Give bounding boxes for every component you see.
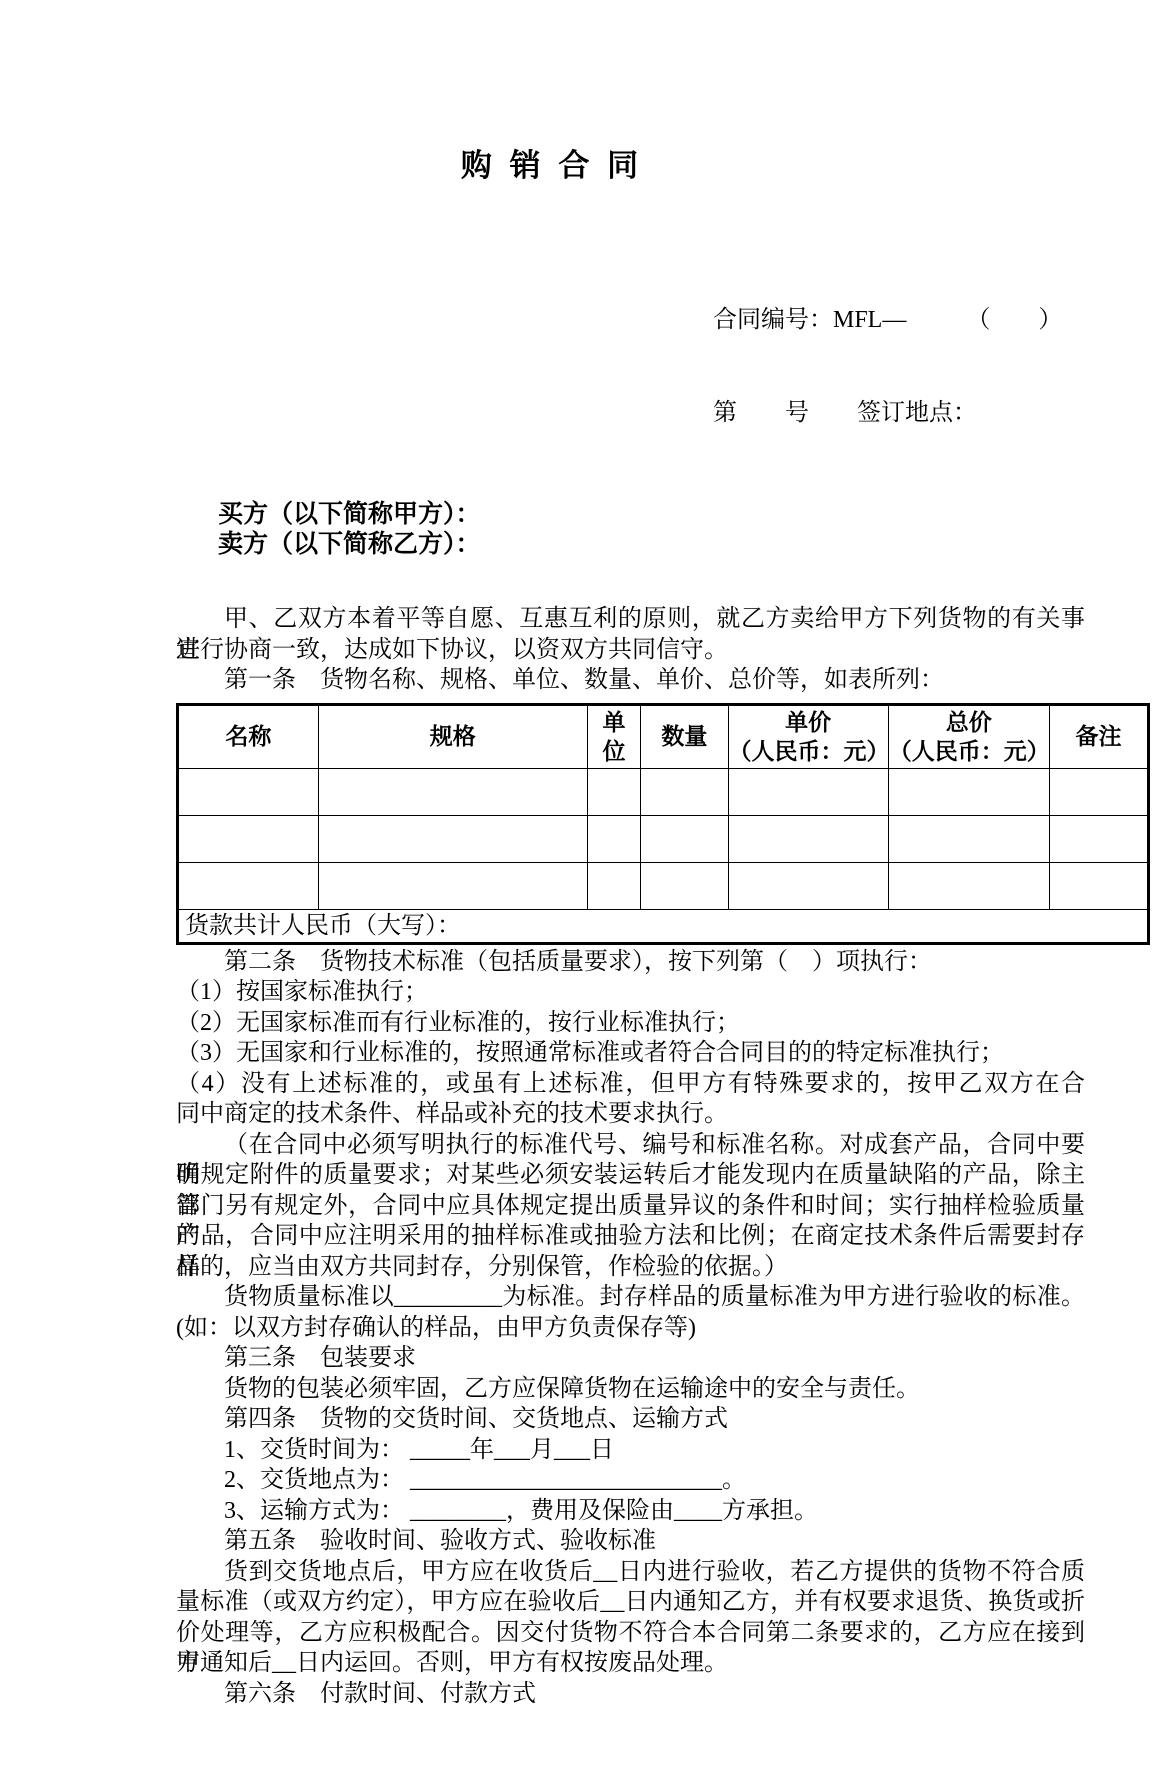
text-line: 第三条 包装要求 (176, 1343, 1085, 1374)
goods-table-empty-cell (1049, 862, 1148, 909)
text-line: 进行协商一致，达成如下协议，以资双方共同信守。 (176, 635, 1085, 666)
text-line: 产品，合同中应注明采用的抽样标准或抽验方法和比例；在商定技术条件后需要封存样 (176, 1221, 1085, 1252)
goods-table-empty-cell (641, 862, 728, 909)
contract-number-line: 合同编号：MFL— （ ） (713, 305, 1167, 336)
text-line: （1）按国家标准执行； (176, 977, 1085, 1008)
text-line: 品的，应当由双方共同封存，分别保管，作检验的依据。） (176, 1252, 1085, 1283)
goods-table-header-cell: 规格 (318, 704, 587, 768)
text-line: 第六条 付款时间、付款方式 (176, 1679, 1085, 1710)
goods-table-empty-cell (178, 862, 319, 909)
contract-page: 购 销 合 同 合同编号：MFL— （ ） 第 号 签订地点： 买方（以下简称甲… (0, 140, 1167, 1791)
text-line: 第五条 验收时间、验收方式、验收标准 (176, 1526, 1085, 1557)
page-title: 购 销 合 同 (0, 140, 1104, 185)
text-line: 方通知后__日内运回。否则，甲方有权按废品处理。 (176, 1648, 1085, 1679)
goods-table-empty-cell (318, 815, 587, 862)
text-line: 货物质量标准以_________为标准。封存样品的质量标准为甲方进行验收的标准。 (176, 1282, 1085, 1313)
signing-place-line: 第 号 签订地点： (713, 398, 1167, 429)
goods-table-header-cell: 单 位 (587, 704, 640, 768)
goods-table-empty-cell (728, 768, 888, 815)
goods-table-header-row: 名称规格单 位数量单价 （人民币：元）总价 （人民币：元）备注 (178, 704, 1149, 768)
goods-table-header-cell: 总价 （人民币：元） (888, 704, 1049, 768)
goods-table-empty-cell (178, 815, 319, 862)
text-line: 1、交货时间为： _____年___月___日 (176, 1435, 1085, 1466)
goods-table-empty-cell (1049, 768, 1148, 815)
goods-table-empty-cell (728, 815, 888, 862)
text-line: 价处理等，乙方应积极配合。因交付货物不符合本合同第二条要求的，乙方应在接到甲 (176, 1618, 1085, 1649)
text-line: 部门另有规定外，合同中应具体规定提出质量异议的条件和时间；实行抽样检验质量的 (176, 1191, 1085, 1222)
goods-table-empty-cell (318, 862, 587, 909)
goods-table-header-cell: 单价 （人民币：元） (728, 704, 888, 768)
text-line: 第四条 货物的交货时间、交货地点、运输方式 (176, 1404, 1085, 1435)
goods-table-total-row: 货款共计人民币（大写）： (178, 909, 1149, 943)
goods-table-empty-cell (178, 768, 319, 815)
goods-table-empty-cell (587, 815, 640, 862)
goods-table-empty-cell (888, 862, 1049, 909)
text-line: （在合同中必须写明执行的标准代号、编号和标准名称。对成套产品，合同中要明 (176, 1130, 1085, 1161)
goods-table-empty-cell (888, 815, 1049, 862)
goods-table-empty-cell (641, 768, 728, 815)
total-amount-cell: 货款共计人民币（大写）： (178, 909, 1149, 943)
goods-table-header-cell: 名称 (178, 704, 319, 768)
contract-clauses: 第二条 货物技术标准（包括质量要求），按下列第（ ）项执行：（1）按国家标准执行… (176, 947, 1085, 1710)
text-line: （3）无国家和行业标准的，按照通常标准或者符合合同目的的特定标准执行； (176, 1038, 1085, 1069)
goods-table-empty-cell (587, 768, 640, 815)
goods-table-header-cell: 备注 (1049, 704, 1148, 768)
goods-table-empty-cell (318, 768, 587, 815)
text-line: 3、运输方式为： ________，费用及保险由____方承担。 (176, 1496, 1085, 1527)
intro-paragraph: 甲、乙双方本着平等自愿、互惠互利的原则，就乙方卖给甲方下列货物的有关事宜进行协商… (176, 604, 1085, 696)
text-line: (如：以双方封存确认的样品，由甲方负责保存等) (176, 1313, 1085, 1344)
text-line: 2、交货地点为： __________________________。 (176, 1465, 1085, 1496)
goods-table-row (178, 768, 1149, 815)
goods-table-empty-cell (587, 862, 640, 909)
goods-table-empty-cell (1049, 815, 1148, 862)
text-line: 确规定附件的质量要求；对某些必须安装运转后才能发现内在质量缺陷的产品，除主管 (176, 1160, 1085, 1191)
text-line: 甲、乙双方本着平等自愿、互惠互利的原则，就乙方卖给甲方下列货物的有关事宜 (176, 604, 1085, 635)
goods-table-empty-cell (641, 815, 728, 862)
goods-table-header-cell: 数量 (641, 704, 728, 768)
seller-line: 卖方（以下简称乙方）： (176, 530, 1167, 560)
buyer-line: 买方（以下简称甲方）： (176, 500, 1167, 530)
text-line: 第一条 货物名称、规格、单位、数量、单价、总价等，如表所列： (176, 665, 1085, 696)
text-line: 货到交货地点后，甲方应在收货后__日内进行验收，若乙方提供的货物不符合质 (176, 1557, 1085, 1588)
text-line: （2）无国家标准而有行业标准的，按行业标准执行； (176, 1008, 1085, 1039)
parties-block: 买方（以下简称甲方）： 卖方（以下简称乙方）： (176, 500, 1167, 560)
goods-table: 名称规格单 位数量单价 （人民币：元）总价 （人民币：元）备注 货款共计人民币（… (176, 703, 1150, 945)
contract-body: 甲、乙双方本着平等自愿、互惠互利的原则，就乙方卖给甲方下列货物的有关事宜进行协商… (176, 604, 1085, 1709)
goods-table-row (178, 815, 1149, 862)
text-line: （4）没有上述标准的，或虽有上述标准，但甲方有特殊要求的，按甲乙双方在合 (176, 1069, 1085, 1100)
goods-table-empty-cell (728, 862, 888, 909)
text-line: 同中商定的技术条件、样品或补充的技术要求执行。 (176, 1099, 1085, 1130)
contract-meta: 合同编号：MFL— （ ） 第 号 签订地点： (713, 243, 1167, 491)
text-line: 量标准（或双方约定），甲方应在验收后__日内通知乙方，并有权要求退货、换货或折 (176, 1587, 1085, 1618)
text-line: 第二条 货物技术标准（包括质量要求），按下列第（ ）项执行： (176, 947, 1085, 978)
goods-table-empty-cell (888, 768, 1049, 815)
goods-table-row (178, 862, 1149, 909)
text-line: 货物的包装必须牢固，乙方应保障货物在运输途中的安全与责任。 (176, 1374, 1085, 1405)
